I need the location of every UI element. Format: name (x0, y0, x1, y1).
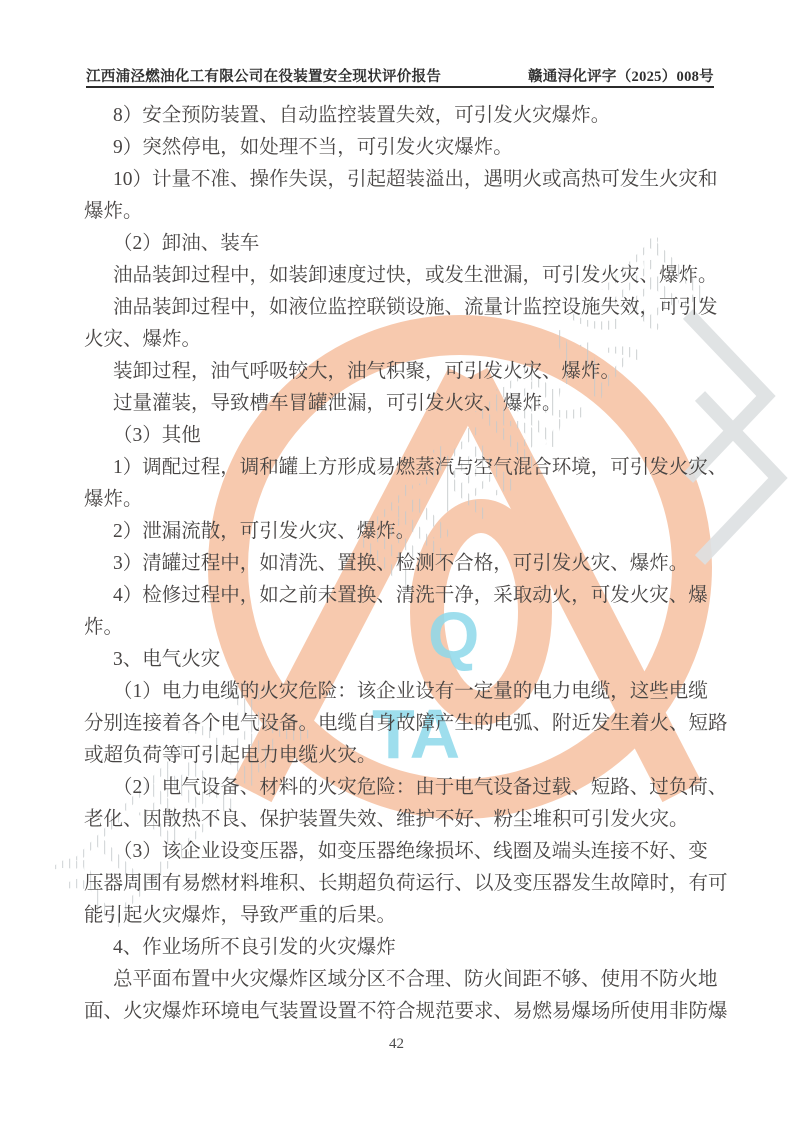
text-line: 10）计量不准、操作失误，引起超装溢出，遇明火或高热可发生火灾和 (84, 164, 724, 196)
document-page: Q TA 师有限公司 江西试 江西浦泾燃油化工有限公司在役装置安全现状评价报告 … (0, 0, 793, 1122)
text-line: 装卸过程，油气呼吸较大，油气积聚，可引发火灾、爆炸。 (84, 356, 724, 388)
text-line: （3）其他 (84, 420, 724, 452)
text-line: 过量灌装，导致槽车冒罐泄漏，可引发火灾、爆炸。 (84, 388, 724, 420)
text-line: 分别连接着各个电气设备。电缆自身故障产生的电弧、附近发生着火、短路 (84, 708, 724, 740)
text-line: 炸。 (84, 612, 724, 644)
text-line: 油品装卸过程中，如装卸速度过快，或发生泄漏，可引发火灾、爆炸。 (84, 260, 724, 292)
text-line: 压器周围有易燃材料堆积、长期超负荷运行、以及变压器发生故障时，有可 (84, 868, 724, 900)
text-line: 能引起火灾爆炸，导致严重的后果。 (84, 900, 724, 932)
text-line: （2）卸油、装车 (84, 228, 724, 260)
text-line: 9）突然停电，如处理不当，可引发火灾爆炸。 (84, 132, 724, 164)
page-number: 42 (389, 1036, 404, 1052)
text-line: 总平面布置中火灾爆炸区域分区不合理、防火间距不够、使用不防火地 (84, 964, 724, 996)
text-line: 4、作业场所不良引发的火灾爆炸 (84, 932, 724, 964)
text-line: 老化、因散热不良、保护装置失效、维护不好、粉尘堆积可引发火灾。 (84, 804, 724, 836)
page-footer: 42 (0, 1036, 793, 1053)
text-line: 火灾、爆炸。 (84, 324, 724, 356)
text-line: 8）安全预防装置、自动监控装置失效，可引发火灾爆炸。 (84, 100, 724, 132)
text-line: 爆炸。 (84, 484, 724, 516)
text-line: 1）调配过程，调和罐上方形成易燃蒸汽与空气混合环境，可引发火灾、 (84, 452, 724, 484)
text-line: 爆炸。 (84, 196, 724, 228)
text-line: （1）电力电缆的火灾危险：该企业设有一定量的电力电缆，这些电缆 (84, 676, 724, 708)
text-line: 2）泄漏流散，可引发火灾、爆炸。 (84, 516, 724, 548)
text-line: 或超负荷等可引起电力电缆火灾。 (84, 740, 724, 772)
text-line: 3）清罐过程中，如清洗、置换、检测不合格，可引发火灾、爆炸。 (84, 548, 724, 580)
text-line: （2）电气设备、材料的火灾危险：由于电气设备过载、短路、过负荷、 (84, 772, 724, 804)
text-line: （3）该企业设变压器，如变压器绝缘损坏、线圈及端头连接不好、变 (84, 836, 724, 868)
body-text: 8）安全预防装置、自动监控装置失效，可引发火灾爆炸。9）突然停电，如处理不当，可… (84, 100, 724, 1028)
text-line: 油品装卸过程中，如液位监控联锁设施、流量计监控设施失效，可引发 (84, 292, 724, 324)
text-line: 3、电气火灾 (84, 644, 724, 676)
text-line: 4）检修过程中，如之前未置换、清洗干净，采取动火，可发火灾、爆 (84, 580, 724, 612)
text-line: 面、火灾爆炸环境电气装置设置不符合规范要求、易燃易爆场所使用非防爆 (84, 996, 724, 1028)
